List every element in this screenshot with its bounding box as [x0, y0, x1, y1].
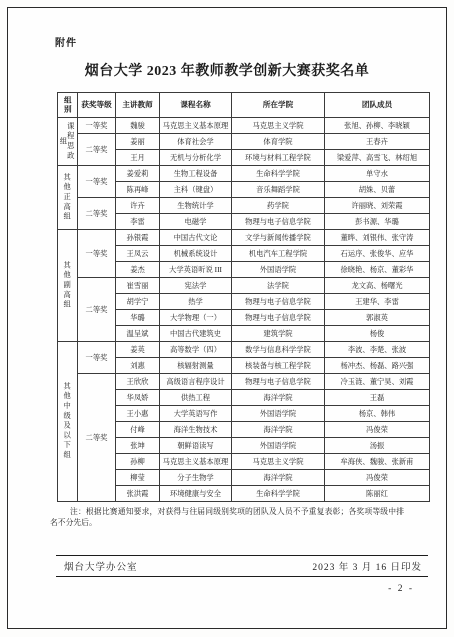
course-cell: 高级语言程序设计: [160, 374, 232, 390]
footer-issue-row: 烟台大学办公室 2023 年 3 月 16 日印发: [56, 555, 428, 577]
course-cell: 马克思主义基本原理: [160, 454, 232, 470]
course-cell: 中国古代建筑史: [160, 326, 232, 342]
page-border-frame: 附件 烟台大学 2023 年教师教学创新大赛获奖名单 组别 获奖等级 主讲教师 …: [7, 7, 447, 629]
college-cell: 物理与电子信息学院: [232, 310, 325, 326]
course-cell: 大学英语写作: [160, 406, 232, 422]
teacher-cell: 王欣欣: [116, 374, 160, 390]
teacher-cell: 张坤: [116, 438, 160, 454]
team-cell: 许丽晓、刘荣霞: [325, 198, 430, 214]
college-cell: 建筑学院: [232, 326, 325, 342]
team-cell: 牟海侠、魏骏、张新甫: [325, 454, 430, 470]
header-team: 团队成员: [325, 93, 430, 118]
award-level-cell: 二等奖: [78, 134, 116, 166]
college-cell: 外国语学院: [232, 262, 325, 278]
award-table-body: 课程思政组一等奖魏骏马克思主义基本原理马克思主义学院张旭、孙柳、李晓颖二等奖姜丽…: [58, 118, 430, 502]
teacher-cell: 孙银霞: [116, 230, 160, 246]
team-cell: 杨京、韩伟: [325, 406, 430, 422]
college-cell: 药学院: [232, 198, 325, 214]
teacher-cell: 崔雪丽: [116, 278, 160, 294]
teacher-cell: 王小惠: [116, 406, 160, 422]
teacher-cell: 张洪霞: [116, 486, 160, 502]
college-cell: 生命科学学院: [232, 166, 325, 182]
teacher-cell: 姜丽: [116, 134, 160, 150]
teacher-cell: 李雷: [116, 214, 160, 230]
team-cell: 汤振: [325, 438, 430, 454]
page-number: - 2 -: [56, 584, 414, 594]
teacher-cell: 魏骏: [116, 118, 160, 134]
teacher-cell: 姜杰: [116, 262, 160, 278]
college-cell: 生命科学学院: [232, 486, 325, 502]
team-cell: 李波、李楚、张波: [325, 342, 430, 358]
table-row: 二等奖王欣欣高级语言程序设计物理与电子信息学院冷玉涟、董宁昊、刘霞: [58, 374, 430, 390]
award-level-cell: 一等奖: [78, 342, 116, 374]
group-label-cell: 其他副高组: [58, 230, 78, 342]
table-row: 课程思政组一等奖魏骏马克思主义基本原理马克思主义学院张旭、孙柳、李晓颖: [58, 118, 430, 134]
teacher-cell: 王月: [116, 150, 160, 166]
college-cell: 环境与材料工程学院: [232, 150, 325, 166]
team-cell: 龙文高、杨曙光: [325, 278, 430, 294]
team-cell: 郭淑英: [325, 310, 430, 326]
award-level-cell: 二等奖: [78, 198, 116, 230]
teacher-cell: 胡学宁: [116, 294, 160, 310]
teacher-cell: 刘惠: [116, 358, 160, 374]
college-cell: 马克思主义学院: [232, 454, 325, 470]
table-row: 二等奖许卉生物统计学药学院许丽晓、刘荣霞: [58, 198, 430, 214]
course-cell: 核辐射测量: [160, 358, 232, 374]
team-cell: 杨冲杰、杨磊、路兴强: [325, 358, 430, 374]
course-cell: 热学: [160, 294, 232, 310]
teacher-cell: 姜爱莉: [116, 166, 160, 182]
college-cell: 音乐舞蹈学院: [232, 182, 325, 198]
teacher-cell: 王凤云: [116, 246, 160, 262]
team-cell: 王春卉: [325, 134, 430, 150]
award-level-cell: 二等奖: [78, 278, 116, 342]
team-cell: 张旭、孙柳、李晓颖: [325, 118, 430, 134]
award-level-cell: 二等奖: [78, 374, 116, 502]
course-cell: 无机与分析化学: [160, 150, 232, 166]
course-cell: 中国古代文论: [160, 230, 232, 246]
college-cell: 外国语学院: [232, 406, 325, 422]
team-cell: 徐晓艳、杨京、董彩华: [325, 262, 430, 278]
college-cell: 外国语学院: [232, 438, 325, 454]
team-cell: 杨俊: [325, 326, 430, 342]
course-cell: 大学英语听说 III: [160, 262, 232, 278]
table-header-row: 组别 获奖等级 主讲教师 课程名称 所在学院 团队成员: [58, 93, 430, 118]
award-level-cell: 一等奖: [78, 118, 116, 134]
course-cell: 高等数学（四）: [160, 342, 232, 358]
teacher-cell: 温呈斌: [116, 326, 160, 342]
college-cell: 物理与电子信息学院: [232, 214, 325, 230]
course-cell: 供热工程: [160, 390, 232, 406]
header-group: 组别: [58, 93, 78, 118]
table-row: 其他正高组一等奖姜爱莉生物工程设备生命科学学院单守水: [58, 166, 430, 182]
issuing-office: 烟台大学办公室: [64, 559, 138, 573]
table-row: 其他副高组一等奖孙银霞中国古代文论文学与新闻传播学院董晔、刘银伟、张守涛: [58, 230, 430, 246]
course-cell: 生物统计学: [160, 198, 232, 214]
document-page: 附件 烟台大学 2023 年教师教学创新大赛获奖名单 组别 获奖等级 主讲教师 …: [0, 0, 454, 637]
teacher-cell: 柳莹: [116, 470, 160, 486]
course-cell: 朝鲜语读写: [160, 438, 232, 454]
team-cell: 单守水: [325, 166, 430, 182]
course-cell: 大学物理（一）: [160, 310, 232, 326]
college-cell: 数学与信息科学学院: [232, 342, 325, 358]
teacher-cell: 付峰: [116, 422, 160, 438]
teacher-cell: 华凤娇: [116, 390, 160, 406]
teacher-cell: 陈再峰: [116, 182, 160, 198]
header-award-level: 获奖等级: [78, 93, 116, 118]
college-cell: 文学与新闻传播学院: [232, 230, 325, 246]
college-cell: 法学院: [232, 278, 325, 294]
course-cell: 海洋生物技术: [160, 422, 232, 438]
course-cell: 电磁学: [160, 214, 232, 230]
course-cell: 环境健康与安全: [160, 486, 232, 502]
header-course: 课程名称: [160, 93, 232, 118]
college-cell: 机电汽车工程学院: [232, 246, 325, 262]
college-cell: 核装备与核工程学院: [232, 358, 325, 374]
team-cell: 梁爱萍、高雪飞、林绍旭: [325, 150, 430, 166]
footer: 烟台大学办公室 2023 年 3 月 16 日印发 - 2 -: [56, 555, 428, 594]
course-cell: 主科（键盘）: [160, 182, 232, 198]
footnote: 注：根据比赛通知要求，对获得与往届同级别奖项的团队及人员不予重复表彰；各奖项等级…: [50, 506, 404, 529]
team-cell: 王建华、李雷: [325, 294, 430, 310]
team-cell: 胡姝、贝蕾: [325, 182, 430, 198]
table-row: 其他中级及以下组一等奖姜英高等数学（四）数学与信息科学学院李波、李楚、张波: [58, 342, 430, 358]
team-cell: 王磊: [325, 390, 430, 406]
team-cell: 冯俊荣: [325, 422, 430, 438]
college-cell: 体育学院: [232, 134, 325, 150]
table-row: 二等奖姜丽体育社会学体育学院王春卉: [58, 134, 430, 150]
table-row: 二等奖崔雪丽宪法学法学院龙文高、杨曙光: [58, 278, 430, 294]
team-cell: 冯俊荣: [325, 470, 430, 486]
course-cell: 体育社会学: [160, 134, 232, 150]
award-level-cell: 一等奖: [78, 166, 116, 198]
teacher-cell: 许卉: [116, 198, 160, 214]
teacher-cell: 华璐: [116, 310, 160, 326]
college-cell: 物理与电子信息学院: [232, 294, 325, 310]
teacher-cell: 姜英: [116, 342, 160, 358]
group-label-cell: 课程思政组: [58, 118, 78, 166]
course-cell: 机械系统设计: [160, 246, 232, 262]
course-cell: 分子生物学: [160, 470, 232, 486]
group-label-cell: 其他中级及以下组: [58, 342, 78, 502]
page-title: 烟台大学 2023 年教师教学创新大赛获奖名单: [8, 60, 446, 80]
college-cell: 海洋学院: [232, 470, 325, 486]
course-cell: 宪法学: [160, 278, 232, 294]
college-cell: 海洋学院: [232, 422, 325, 438]
course-cell: 马克思主义基本原理: [160, 118, 232, 134]
team-cell: 冷玉涟、董宁昊、刘霞: [325, 374, 430, 390]
award-table: 组别 获奖等级 主讲教师 课程名称 所在学院 团队成员 课程思政组一等奖魏骏马克…: [57, 92, 430, 502]
college-cell: 物理与电子信息学院: [232, 374, 325, 390]
award-level-cell: 一等奖: [78, 230, 116, 278]
team-cell: 彭书源、华璐: [325, 214, 430, 230]
team-cell: 石运序、张俊华、应华: [325, 246, 430, 262]
college-cell: 马克思主义学院: [232, 118, 325, 134]
college-cell: 海洋学院: [232, 390, 325, 406]
teacher-cell: 孙柳: [116, 454, 160, 470]
group-label-cell: 其他正高组: [58, 166, 78, 230]
header-college: 所在学院: [232, 93, 325, 118]
print-date: 2023 年 3 月 16 日印发: [312, 559, 422, 573]
attachment-label: 附件: [55, 34, 446, 49]
team-cell: 陈丽红: [325, 486, 430, 502]
course-cell: 生物工程设备: [160, 166, 232, 182]
header-teacher: 主讲教师: [116, 93, 160, 118]
team-cell: 董晔、刘银伟、张守涛: [325, 230, 430, 246]
